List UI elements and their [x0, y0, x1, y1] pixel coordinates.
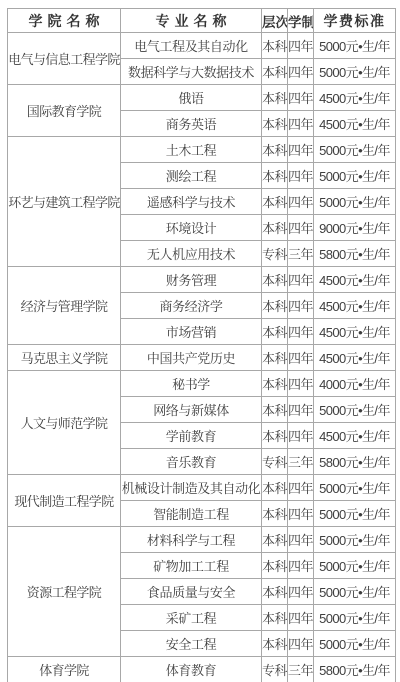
major-name-cell: 音乐教育: [121, 449, 262, 475]
column-header-college: 学院名称: [8, 9, 121, 33]
college-name-cell: 人文与师范学院: [8, 371, 121, 475]
table-row: 电气与信息工程学院电气工程及其自动化本科四年5000元•生/年: [8, 33, 396, 59]
level-cell: 本科: [262, 605, 288, 631]
table-row: 环艺与建筑工程学院土木工程本科四年5000元•生/年: [8, 137, 396, 163]
fee-cell: 5000元•生/年: [314, 501, 396, 527]
table-row: 现代制造工程学院机械设计制造及其自动化本科四年5000元•生/年: [8, 475, 396, 501]
column-header-level: 层次: [262, 9, 288, 33]
major-name-cell: 学前教育: [121, 423, 262, 449]
college-name-cell: 国际教育学院: [8, 85, 121, 137]
fee-cell: 4500元•生/年: [314, 319, 396, 345]
duration-cell: 四年: [288, 345, 314, 371]
tuition-table-page: 学院名称专业名称层次学制学费标准 电气与信息工程学院电气工程及其自动化本科四年5…: [0, 0, 400, 682]
level-cell: 专科: [262, 657, 288, 682]
fee-cell: 5000元•生/年: [314, 527, 396, 553]
level-cell: 本科: [262, 111, 288, 137]
table-row: 经济与管理学院财务管理本科四年4500元•生/年: [8, 267, 396, 293]
fee-cell: 9000元•生/年: [314, 215, 396, 241]
major-name-cell: 俄语: [121, 85, 262, 111]
major-name-cell: 土木工程: [121, 137, 262, 163]
level-cell: 本科: [262, 631, 288, 657]
duration-cell: 四年: [288, 527, 314, 553]
major-name-cell: 安全工程: [121, 631, 262, 657]
college-name-cell: 现代制造工程学院: [8, 475, 121, 527]
major-name-cell: 财务管理: [121, 267, 262, 293]
level-cell: 本科: [262, 215, 288, 241]
level-cell: 本科: [262, 137, 288, 163]
major-name-cell: 遥感科学与技术: [121, 189, 262, 215]
duration-cell: 四年: [288, 397, 314, 423]
duration-cell: 四年: [288, 553, 314, 579]
duration-cell: 四年: [288, 371, 314, 397]
fee-cell: 4500元•生/年: [314, 423, 396, 449]
duration-cell: 四年: [288, 631, 314, 657]
fee-cell: 4000元•生/年: [314, 371, 396, 397]
table-row: 国际教育学院俄语本科四年4500元•生/年: [8, 85, 396, 111]
major-name-cell: 网络与新媒体: [121, 397, 262, 423]
duration-cell: 四年: [288, 59, 314, 85]
fee-cell: 5000元•生/年: [314, 397, 396, 423]
major-name-cell: 食品质量与安全: [121, 579, 262, 605]
major-name-cell: 智能制造工程: [121, 501, 262, 527]
fee-cell: 5000元•生/年: [314, 579, 396, 605]
level-cell: 专科: [262, 241, 288, 267]
level-cell: 本科: [262, 85, 288, 111]
level-cell: 本科: [262, 293, 288, 319]
fee-cell: 5000元•生/年: [314, 163, 396, 189]
table-row: 资源工程学院材料科学与工程本科四年5000元•生/年: [8, 527, 396, 553]
level-cell: 本科: [262, 319, 288, 345]
major-name-cell: 环境设计: [121, 215, 262, 241]
fee-cell: 4500元•生/年: [314, 345, 396, 371]
fee-cell: 5800元•生/年: [314, 449, 396, 475]
duration-cell: 四年: [288, 137, 314, 163]
table-header: 学院名称专业名称层次学制学费标准: [8, 9, 396, 33]
fee-cell: 5000元•生/年: [314, 33, 396, 59]
major-name-cell: 市场营销: [121, 319, 262, 345]
duration-cell: 四年: [288, 111, 314, 137]
level-cell: 本科: [262, 579, 288, 605]
fee-cell: 5000元•生/年: [314, 59, 396, 85]
college-name-cell: 环艺与建筑工程学院: [8, 137, 121, 267]
fee-cell: 5000元•生/年: [314, 553, 396, 579]
column-header-fee: 学费标准: [314, 9, 396, 33]
fee-cell: 4500元•生/年: [314, 267, 396, 293]
college-name-cell: 资源工程学院: [8, 527, 121, 657]
level-cell: 本科: [262, 527, 288, 553]
fee-cell: 5000元•生/年: [314, 631, 396, 657]
duration-cell: 四年: [288, 605, 314, 631]
major-name-cell: 商务英语: [121, 111, 262, 137]
fee-cell: 5000元•生/年: [314, 137, 396, 163]
level-cell: 本科: [262, 345, 288, 371]
major-name-cell: 体育教育: [121, 657, 262, 682]
duration-cell: 四年: [288, 33, 314, 59]
level-cell: 本科: [262, 267, 288, 293]
fee-cell: 5000元•生/年: [314, 475, 396, 501]
major-name-cell: 电气工程及其自动化: [121, 33, 262, 59]
duration-cell: 四年: [288, 475, 314, 501]
level-cell: 本科: [262, 59, 288, 85]
duration-cell: 四年: [288, 423, 314, 449]
major-name-cell: 中国共产党历史: [121, 345, 262, 371]
duration-cell: 四年: [288, 163, 314, 189]
level-cell: 本科: [262, 189, 288, 215]
duration-cell: 四年: [288, 215, 314, 241]
table-body: 电气与信息工程学院电气工程及其自动化本科四年5000元•生/年数据科学与大数据技…: [8, 33, 396, 682]
table-row: 马克思主义学院中国共产党历史本科四年4500元•生/年: [8, 345, 396, 371]
duration-cell: 四年: [288, 579, 314, 605]
level-cell: 本科: [262, 423, 288, 449]
duration-cell: 三年: [288, 449, 314, 475]
duration-cell: 三年: [288, 657, 314, 682]
college-name-cell: 马克思主义学院: [8, 345, 121, 371]
level-cell: 本科: [262, 501, 288, 527]
table-row: 人文与师范学院秘书学本科四年4000元•生/年: [8, 371, 396, 397]
major-name-cell: 采矿工程: [121, 605, 262, 631]
level-cell: 本科: [262, 33, 288, 59]
header-row: 学院名称专业名称层次学制学费标准: [8, 9, 396, 33]
fee-cell: 4500元•生/年: [314, 293, 396, 319]
level-cell: 本科: [262, 163, 288, 189]
duration-cell: 四年: [288, 85, 314, 111]
duration-cell: 三年: [288, 241, 314, 267]
fee-cell: 4500元•生/年: [314, 85, 396, 111]
tuition-table: 学院名称专业名称层次学制学费标准 电气与信息工程学院电气工程及其自动化本科四年5…: [7, 8, 396, 682]
major-name-cell: 材料科学与工程: [121, 527, 262, 553]
table-row: 体育学院体育教育专科三年5800元•生/年: [8, 657, 396, 682]
major-name-cell: 秘书学: [121, 371, 262, 397]
fee-cell: 5800元•生/年: [314, 657, 396, 682]
fee-cell: 5000元•生/年: [314, 189, 396, 215]
college-name-cell: 经济与管理学院: [8, 267, 121, 345]
level-cell: 本科: [262, 553, 288, 579]
fee-cell: 5800元•生/年: [314, 241, 396, 267]
level-cell: 本科: [262, 397, 288, 423]
major-name-cell: 矿物加工工程: [121, 553, 262, 579]
college-name-cell: 电气与信息工程学院: [8, 33, 121, 85]
major-name-cell: 商务经济学: [121, 293, 262, 319]
duration-cell: 四年: [288, 319, 314, 345]
duration-cell: 四年: [288, 189, 314, 215]
duration-cell: 四年: [288, 293, 314, 319]
level-cell: 本科: [262, 475, 288, 501]
fee-cell: 5000元•生/年: [314, 605, 396, 631]
major-name-cell: 数据科学与大数据技术: [121, 59, 262, 85]
duration-cell: 四年: [288, 267, 314, 293]
column-header-duration: 学制: [288, 9, 314, 33]
major-name-cell: 无人机应用技术: [121, 241, 262, 267]
college-name-cell: 体育学院: [8, 657, 121, 682]
major-name-cell: 测绘工程: [121, 163, 262, 189]
column-header-major: 专业名称: [121, 9, 262, 33]
fee-cell: 4500元•生/年: [314, 111, 396, 137]
level-cell: 本科: [262, 371, 288, 397]
major-name-cell: 机械设计制造及其自动化: [121, 475, 262, 501]
level-cell: 专科: [262, 449, 288, 475]
duration-cell: 四年: [288, 501, 314, 527]
